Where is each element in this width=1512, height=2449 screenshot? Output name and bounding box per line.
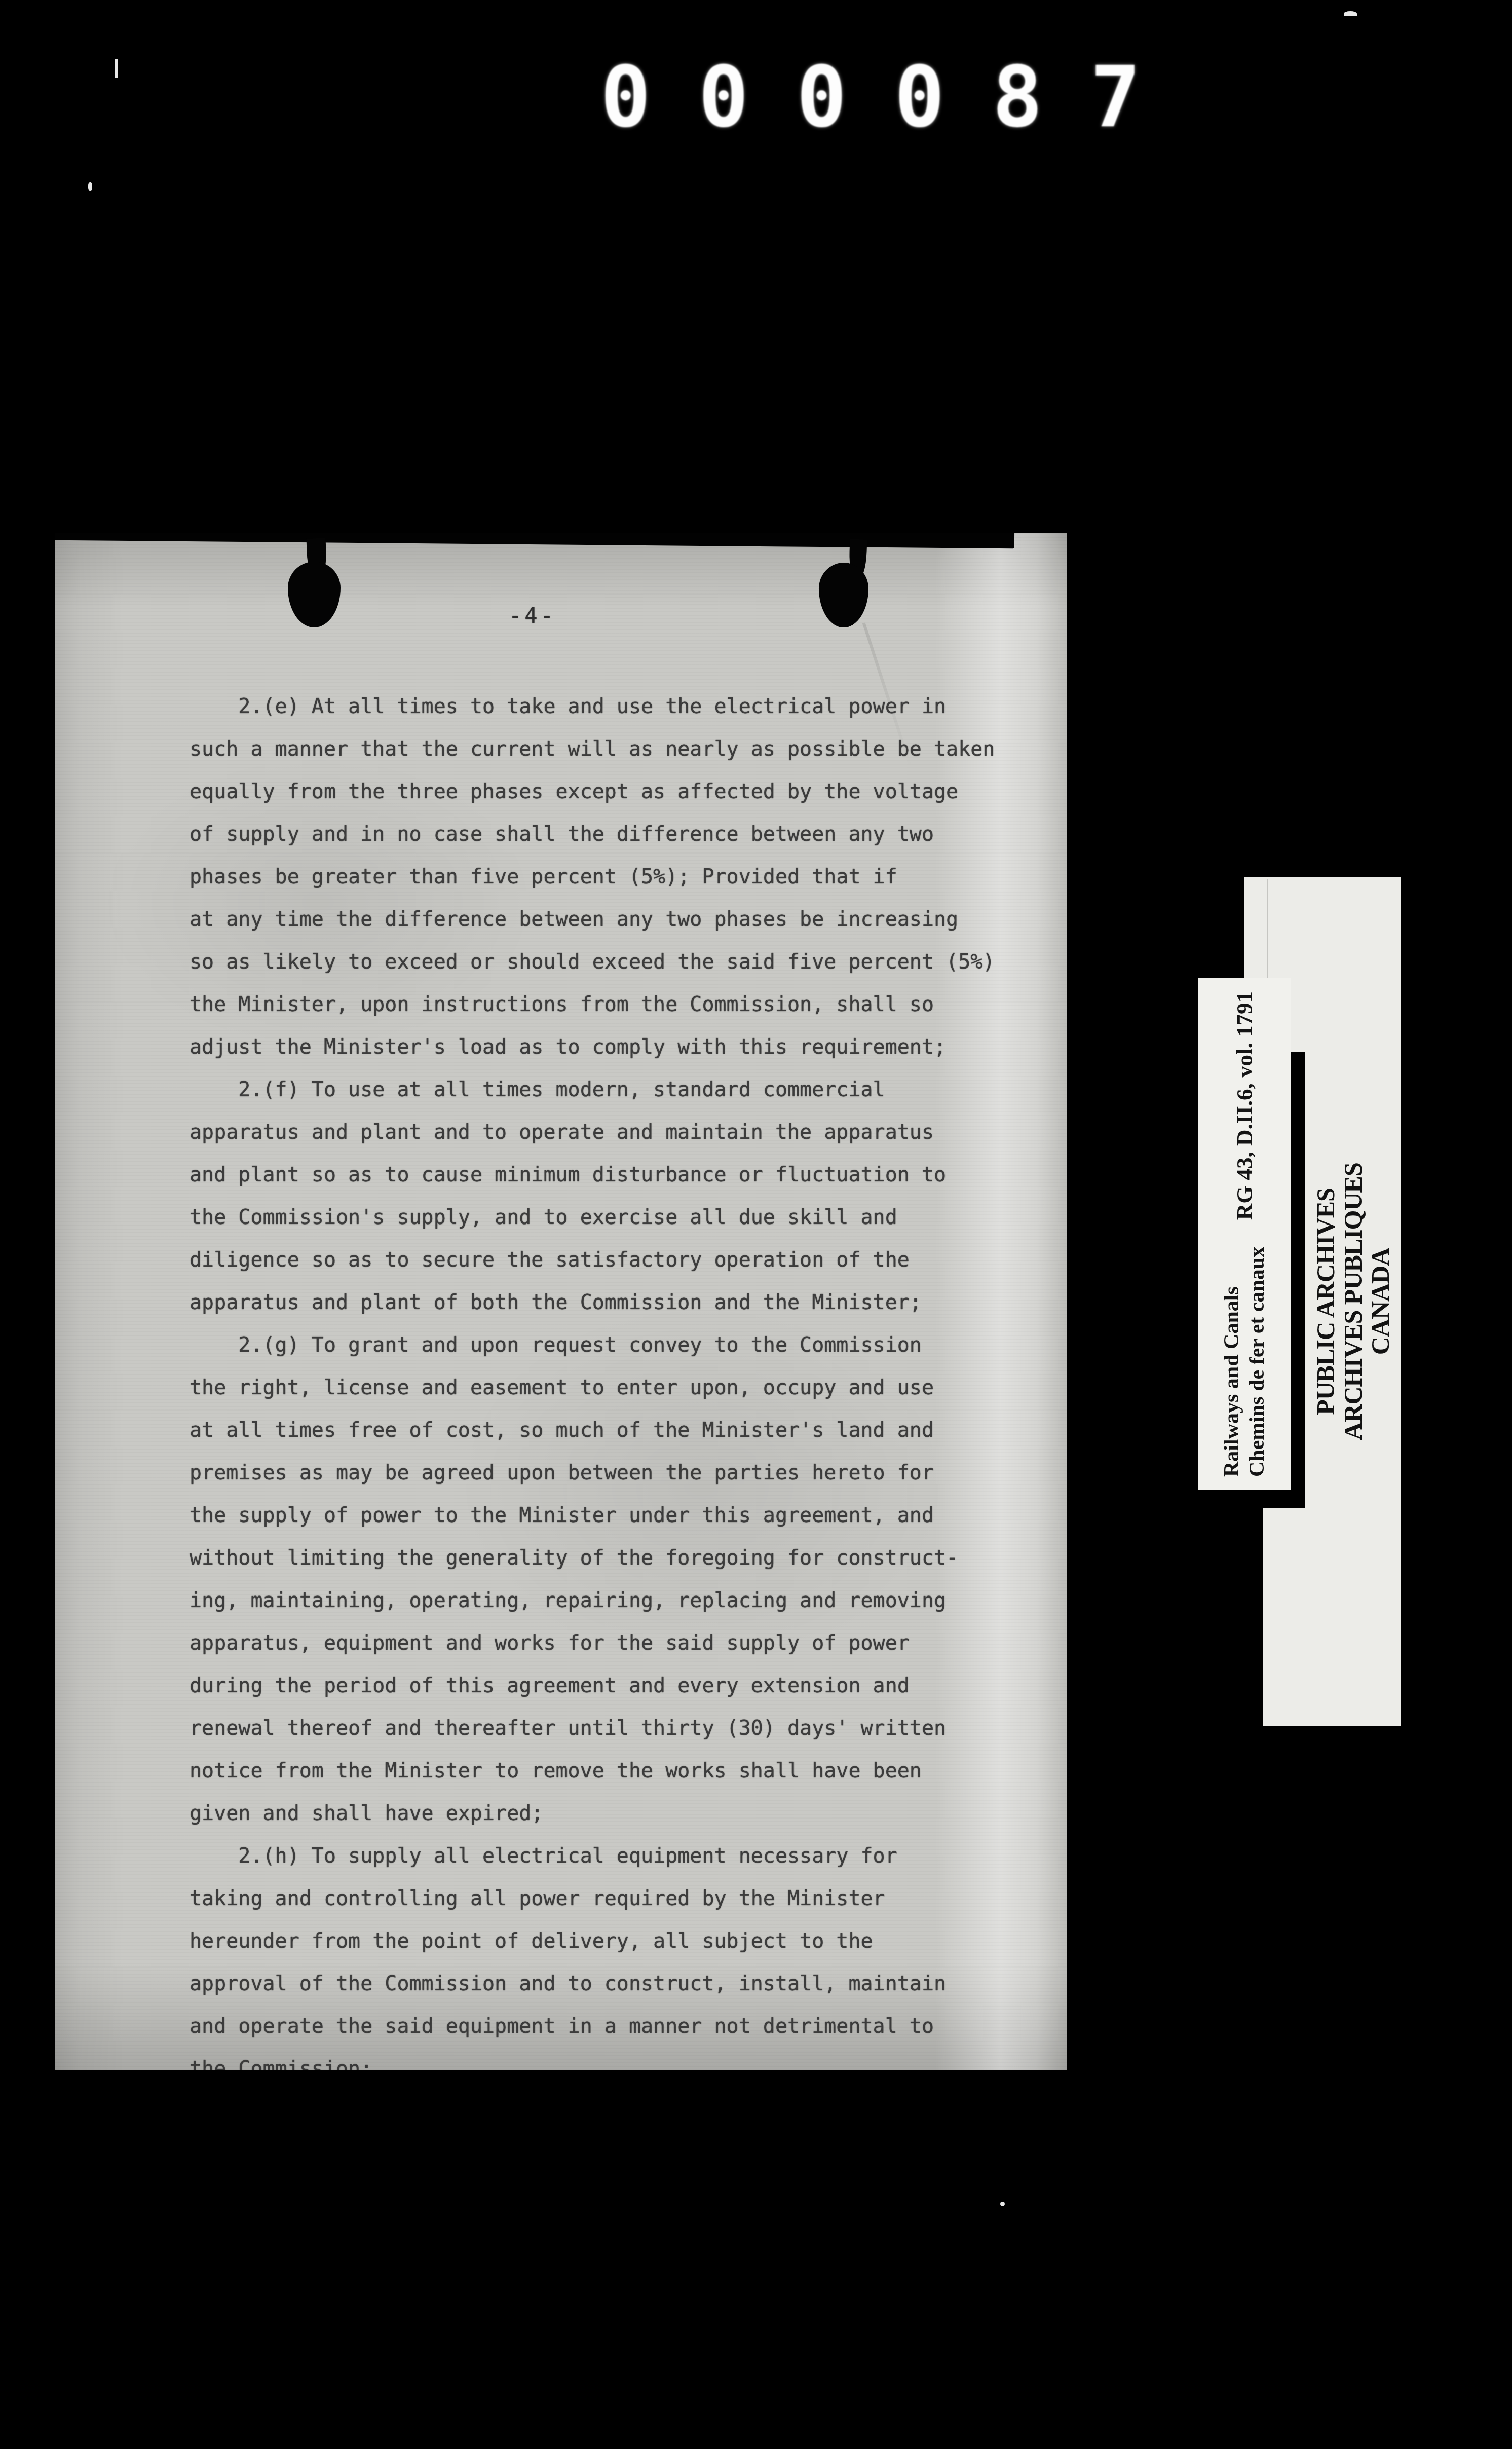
fastener-bulb	[819, 563, 868, 627]
institution-label-line3: CANADA	[1367, 877, 1394, 1726]
typed-line: at any time the difference between any t…	[190, 898, 1056, 941]
microfilm-frame: { "film": { "frame_counter": "000087", "…	[0, 0, 1512, 2449]
typed-line: such a manner that the current will as n…	[190, 728, 1056, 770]
typed-line: the Commission's supply, and to exercise…	[190, 1196, 1056, 1239]
film-speck	[88, 182, 92, 191]
page-number: -4-	[489, 603, 576, 628]
typed-line: renewal thereof and thereafter until thi…	[190, 1707, 1056, 1750]
typed-line: 2.(f) To use at all times modern, standa…	[190, 1068, 1056, 1111]
typed-line: the Commission:	[190, 2048, 1056, 2070]
typed-line: so as likely to exceed or should exceed …	[190, 941, 1056, 983]
typed-line: the right, license and easement to enter…	[190, 1366, 1056, 1409]
reference-department: Railways and Canals Chemins de fer et ca…	[1219, 1247, 1270, 1477]
typed-line: premises as may be agreed upon between t…	[190, 1452, 1056, 1494]
institution-label-line2: ARCHIVES PUBLIQUES	[1339, 877, 1367, 1726]
typed-line: approval of the Commission and to constr…	[190, 1962, 1056, 2005]
typed-line: and plant so as to cause minimum disturb…	[190, 1154, 1056, 1196]
typed-line: the Minister, upon instructions from the…	[190, 983, 1056, 1026]
typed-line: of supply and in no case shall the diffe…	[190, 813, 1056, 856]
typed-line: apparatus and plant of both the Commissi…	[190, 1281, 1056, 1324]
typed-line: notice from the Minister to remove the w…	[190, 1750, 1056, 1792]
document-page: -4- 2.(e) At all times to take and use t…	[55, 533, 1067, 2070]
film-frame-counter: 000087	[600, 49, 1188, 146]
typed-line: taking and controlling all power require…	[190, 1877, 1056, 1920]
film-speck	[1344, 11, 1357, 16]
typed-line: the supply of power to the Minister unde…	[190, 1494, 1056, 1537]
typed-line: equally from the three phases except as …	[190, 770, 1056, 813]
typed-line: without limiting the generality of the f…	[190, 1537, 1056, 1579]
typed-line: at all times free of cost, so much of th…	[190, 1409, 1056, 1452]
institution-label-line1: PUBLIC ARCHIVES	[1312, 877, 1339, 1726]
archives-card-bottom-tab	[1263, 1508, 1307, 1726]
typed-body-text: 2.(e) At all times to take and use the e…	[190, 685, 1056, 2070]
typed-line: ing, maintaining, operating, repairing, …	[190, 1579, 1056, 1622]
typed-line: 2.(g) To grant and upon request convey t…	[190, 1324, 1056, 1366]
film-speck	[1000, 2202, 1005, 2206]
typed-line: 2.(e) At all times to take and use the e…	[190, 685, 1056, 728]
institution-label: PUBLIC ARCHIVES ARCHIVES PUBLIQUES CANAD…	[1305, 877, 1401, 1726]
typed-line: during the period of this agreement and …	[190, 1664, 1056, 1707]
typed-line: adjust the Minister's load as to comply …	[190, 1026, 1056, 1068]
typed-line: given and shall have expired;	[190, 1792, 1056, 1835]
typed-line: apparatus and plant and to operate and m…	[190, 1111, 1056, 1154]
typed-line: hereunder from the point of delivery, al…	[190, 1920, 1056, 1962]
typed-line: and operate the said equipment in a mann…	[190, 2005, 1056, 2048]
typed-line: diligence so as to secure the satisfacto…	[190, 1239, 1056, 1281]
reference-department-fr: Chemins de fer et canaux	[1244, 1247, 1270, 1477]
typed-line: phases be greater than five percent (5%)…	[190, 856, 1056, 898]
reference-department-en: Railways and Canals	[1219, 1247, 1244, 1477]
film-speck	[115, 59, 118, 78]
reference-code: RG 43, D.II.6, vol. 1791	[1231, 991, 1258, 1220]
fastener-bulb	[288, 562, 341, 627]
reference-label: Railways and Canals Chemins de fer et ca…	[1198, 978, 1291, 1490]
page-top-edge-shadow	[55, 533, 1014, 548]
typed-line: 2.(h) To supply all electrical equipment…	[190, 1835, 1056, 1877]
typed-line: apparatus, equipment and works for the s…	[190, 1622, 1056, 1664]
